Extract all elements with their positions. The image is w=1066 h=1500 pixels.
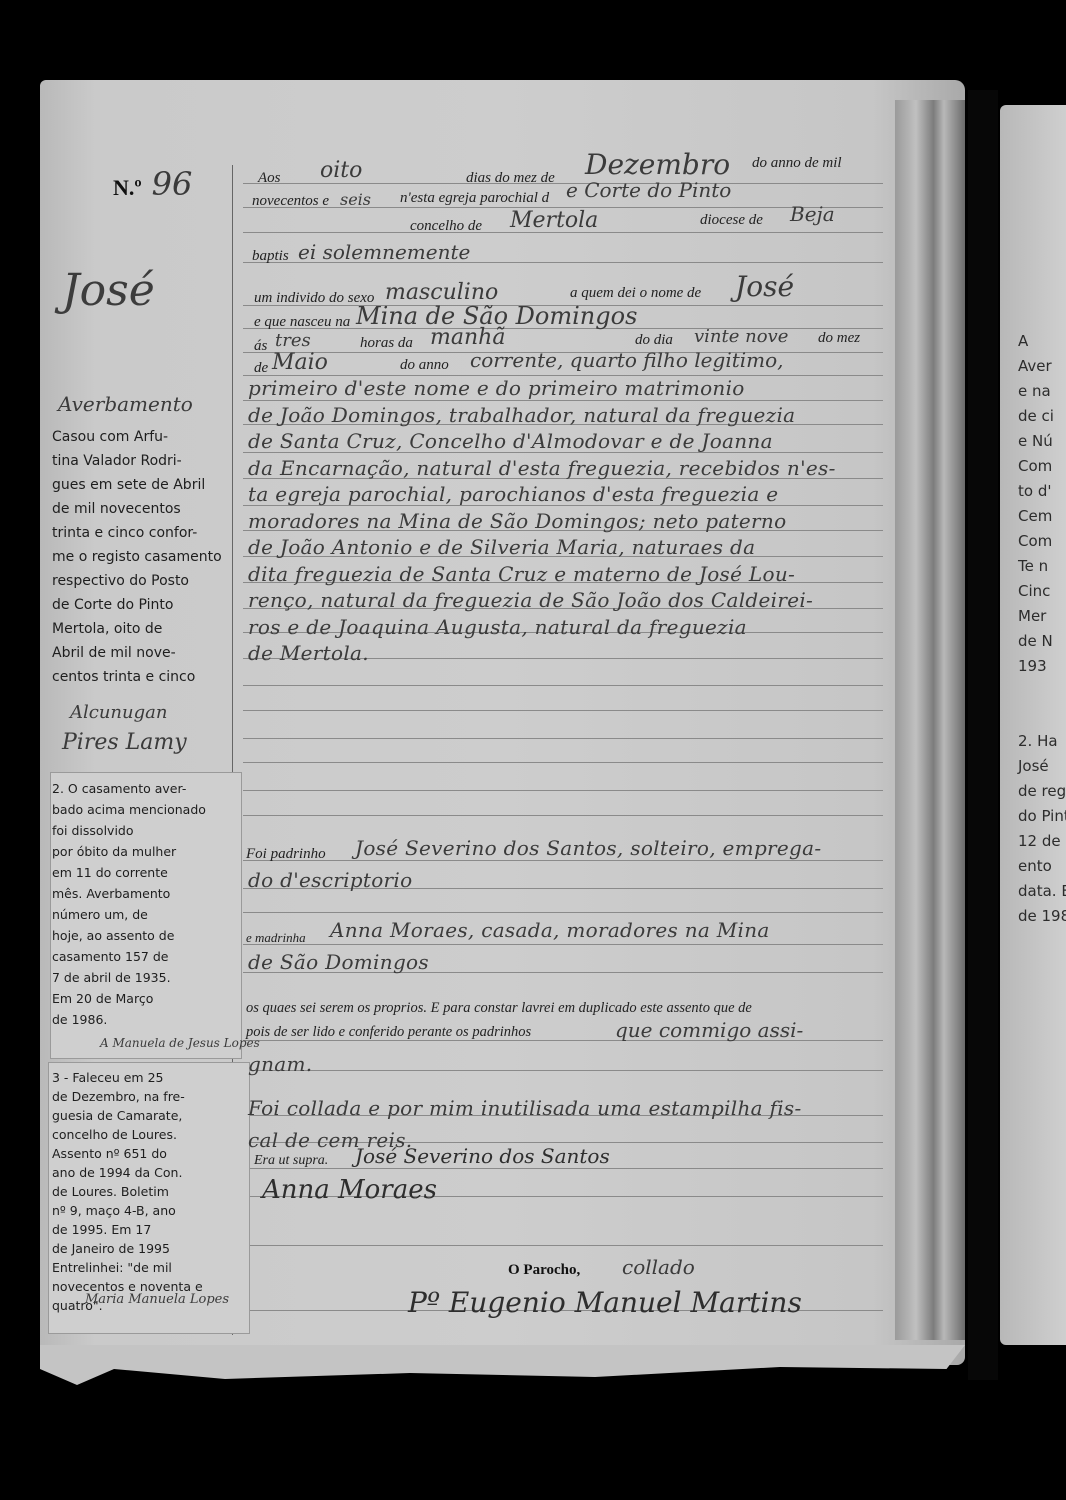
adjacent-page-text: Cinc xyxy=(1018,580,1050,602)
margin-note-line: de Corte do Pinto xyxy=(52,593,232,617)
printed-do-anno: do anno xyxy=(400,357,449,374)
margin-note-line: guesia de Camarate, xyxy=(52,1106,232,1125)
margin-note-line: Assento nº 651 do xyxy=(52,1144,232,1163)
adjacent-page: AAvere nade cie NúComto d'CemComTe nCinc… xyxy=(1000,105,1066,1345)
printed-padrinho: Foi padrinho xyxy=(246,846,326,863)
margin-note-line: 2. O casamento aver- xyxy=(52,778,232,799)
margin-note-line: de Loures. Boletim xyxy=(52,1182,232,1201)
stacked-page-edges xyxy=(895,100,965,1340)
field-baptism: ei solemnemente xyxy=(298,240,470,264)
ruled-line xyxy=(243,1245,883,1246)
printed-dia: do dia xyxy=(635,332,673,349)
ruled-line xyxy=(243,400,883,401)
record-body-line: da Encarnação, natural d'esta freguezia,… xyxy=(248,456,836,480)
adjacent-page-text: José xyxy=(1018,755,1049,777)
adjacent-page-text: de reg xyxy=(1018,780,1066,802)
record-body-line: de Santa Cruz, Concelho d'Almodovar e de… xyxy=(248,429,773,453)
margin-note-line: mês. Averbamento xyxy=(52,883,232,904)
ruled-line xyxy=(243,1070,883,1071)
margin-note-line: de 1995. Em 17 xyxy=(52,1220,232,1239)
field-day: oito xyxy=(320,158,362,183)
field-stamp-1: Foi collada e por mim inutilisada uma es… xyxy=(248,1096,802,1120)
printed-as: ás xyxy=(254,338,267,355)
margin-note-line: tina Valador Rodri- xyxy=(52,449,232,473)
field-diocese: Beja xyxy=(790,202,835,226)
printed-egreja: n'esta egreja parochial d xyxy=(400,190,549,207)
adjacent-page-text: de 198 xyxy=(1018,905,1066,927)
printed-dias: dias do mez de xyxy=(466,170,555,187)
ruled-line xyxy=(243,790,883,791)
adjacent-page-text: Com xyxy=(1018,530,1052,552)
margin-note-line: 3 - Faleceu em 25 xyxy=(52,1068,232,1087)
ruled-line xyxy=(243,815,883,816)
adjacent-page-text: 2. Ha xyxy=(1018,730,1058,752)
ruled-line xyxy=(243,860,883,861)
field-parish: e Corte do Pinto xyxy=(566,178,731,202)
margin-note-death: 3 - Faleceu em 25de Dezembro, na fre-gue… xyxy=(52,1068,232,1315)
field-godfather-cont: do d'escriptorio xyxy=(248,868,412,892)
record-body-line: primeiro d'este nome e do primeiro matri… xyxy=(248,376,745,400)
adjacent-page-text: Aver xyxy=(1018,355,1052,377)
printed-nasceu: e que nasceu na xyxy=(254,314,350,331)
margin-note-line: casamento 157 de xyxy=(52,946,232,967)
field-birth-month: Maio xyxy=(272,350,328,375)
record-body-line: de João Antonio e de Silveria Maria, nat… xyxy=(248,535,755,559)
printed-horas: horas da xyxy=(360,335,413,352)
margin-note-line: de 1986. xyxy=(52,1009,232,1030)
margin-note-signature-1: Alcunugan xyxy=(70,702,167,723)
adjacent-page-text: 12 de xyxy=(1018,830,1061,852)
record-body-line: ros e de Joaquina Augusta, natural da fr… xyxy=(248,615,747,639)
adjacent-page-text: data. E xyxy=(1018,880,1066,902)
field-hour: tres xyxy=(275,330,311,351)
adjacent-page-text: to d' xyxy=(1018,480,1051,502)
margin-note-line: concelho de Loures. xyxy=(52,1125,232,1144)
margin-note-line: Mertola, oito de xyxy=(52,617,232,641)
signature-godfather: José Severino dos Santos xyxy=(355,1144,610,1168)
margin-note-line: de mil novecentos xyxy=(52,497,232,521)
ruled-line xyxy=(243,912,883,913)
margin-note-line: em 11 do corrente xyxy=(52,862,232,883)
margin-note-line: de Janeiro de 1995 xyxy=(52,1239,232,1258)
ruled-line xyxy=(243,738,883,739)
adjacent-page-text: e Nú xyxy=(1018,430,1053,452)
margin-note-line: respectivo do Posto xyxy=(52,569,232,593)
margin-note-signature-3: A Manuela de Jesus Lopes xyxy=(100,1036,260,1050)
field-year: seis xyxy=(340,190,371,209)
margin-note-line: Casou com Arfu- xyxy=(52,425,232,449)
margin-note-dissolution: 2. O casamento aver-bado acima mencionad… xyxy=(52,778,232,1030)
printed-era: Era ut supra. xyxy=(254,1153,328,1169)
margin-note-line: gues em sete de Abril xyxy=(52,473,232,497)
printed-mez: do mez xyxy=(818,330,860,347)
ruled-line xyxy=(243,183,883,184)
margin-note-line: hoje, ao assento de xyxy=(52,925,232,946)
adjacent-page-text: Cem xyxy=(1018,505,1052,527)
adjacent-page-text: e na xyxy=(1018,380,1051,402)
printed-baptis: baptis xyxy=(252,248,289,265)
printed-madrinha: e madrinha xyxy=(246,930,306,946)
adjacent-page-text: Mer xyxy=(1018,605,1046,627)
field-given-name: José xyxy=(735,270,794,303)
ruled-line xyxy=(243,944,883,945)
printed-anno: do anno de mil xyxy=(752,155,842,172)
printed-novecentos: novecentos e xyxy=(252,193,329,210)
margin-note-line: 7 de abril de 1935. xyxy=(52,967,232,988)
record-body-line: de João Domingos, trabalhador, natural d… xyxy=(248,403,795,427)
ruled-line xyxy=(243,1168,883,1169)
record-body-line: renço, natural da freguezia de São João … xyxy=(248,588,813,612)
printed-aos: Aos xyxy=(258,170,281,187)
record-body-line: de Mertola. xyxy=(248,641,369,665)
printed-nome: a quem dei o nome de xyxy=(570,285,701,302)
margin-child-name: José xyxy=(62,265,155,316)
margin-note-signature-4: Maria Manuela Lopes xyxy=(85,1292,229,1307)
signature-parocho: Pº Eugenio Manuel Martins xyxy=(408,1286,802,1319)
margin-note-line: de Dezembro, na fre- xyxy=(52,1087,232,1106)
averbamento-title: Averbamento xyxy=(58,392,193,416)
field-godfather: José Severino dos Santos, solteiro, empr… xyxy=(355,836,821,860)
adjacent-page-text: Com xyxy=(1018,455,1052,477)
printed-parocho: O Parocho, xyxy=(508,1262,580,1279)
printed-closing-2: pois de ser lido e conferido perante os … xyxy=(246,1024,531,1041)
adjacent-page-text: ento xyxy=(1018,855,1052,877)
field-parocho-title: collado xyxy=(622,1255,695,1279)
field-birth-year: corrente, quarto filho legitimo, xyxy=(470,348,784,372)
ruled-line xyxy=(243,710,883,711)
adjacent-page-text: de N xyxy=(1018,630,1053,652)
record-body-line: ta egreja parochial, parochianos d'esta … xyxy=(248,482,778,506)
entry-number: N.º96 xyxy=(113,165,192,203)
entry-number-label: N.º xyxy=(113,175,142,200)
field-period: manhã xyxy=(430,325,505,350)
margin-note-line: me o registo casamento xyxy=(52,545,232,569)
margin-note-line: Em 20 de Março xyxy=(52,988,232,1009)
margin-note-line: bado acima mencionado xyxy=(52,799,232,820)
margin-note-line: ano de 1994 da Con. xyxy=(52,1163,232,1182)
adjacent-page-text: do Pint xyxy=(1018,805,1066,827)
record-body-line: dita freguezia de Santa Cruz e materno d… xyxy=(248,562,795,586)
entry-number-value: 96 xyxy=(152,165,193,203)
margin-note-line: trinta e cinco confor- xyxy=(52,521,232,545)
ruled-line xyxy=(243,685,883,686)
field-closing-hand-1: que commigo assi- xyxy=(615,1018,803,1042)
printed-de: de xyxy=(254,360,268,377)
field-month: Dezembro xyxy=(585,148,730,181)
printed-diocese: diocese de xyxy=(700,212,763,229)
field-godmother-cont: de São Domingos xyxy=(248,950,429,974)
record-body-line: moradores na Mina de São Domingos; neto … xyxy=(248,509,786,533)
printed-concelho: concelho de xyxy=(410,218,482,235)
margin-note-line: nº 9, maço 4-B, ano xyxy=(52,1201,232,1220)
field-closing-hand-2: gnam. xyxy=(248,1052,312,1076)
margin-note-line: centos trinta e cinco xyxy=(52,665,232,689)
margin-note-line: por óbito da mulher xyxy=(52,841,232,862)
book-spine xyxy=(968,90,998,1380)
signature-godmother: Anna Moraes xyxy=(262,1175,437,1205)
margin-note-marriage: Casou com Arfu-tina Valador Rodri-gues e… xyxy=(52,425,232,689)
field-godmother: Anna Moraes, casada, moradores na Mina xyxy=(330,918,770,942)
adjacent-page-text: 193 xyxy=(1018,655,1047,677)
printed-closing-1: os quaes sei serem os proprios. E para c… xyxy=(246,1000,752,1017)
adjacent-page-text: Te n xyxy=(1018,555,1048,577)
adjacent-page-text: A xyxy=(1018,330,1028,352)
margin-note-line: Entrelinhei: "de mil xyxy=(52,1258,232,1277)
field-concelho: Mertola xyxy=(510,208,598,233)
field-birth-day: vinte nove xyxy=(694,326,788,347)
adjacent-page-text: de ci xyxy=(1018,405,1054,427)
margin-note-line: Abril de mil nove- xyxy=(52,641,232,665)
margin-note-line: número um, de xyxy=(52,904,232,925)
ruled-line xyxy=(243,762,883,763)
margin-note-signature-2: Pires Lamy xyxy=(62,730,187,755)
margin-note-line: foi dissolvido xyxy=(52,820,232,841)
